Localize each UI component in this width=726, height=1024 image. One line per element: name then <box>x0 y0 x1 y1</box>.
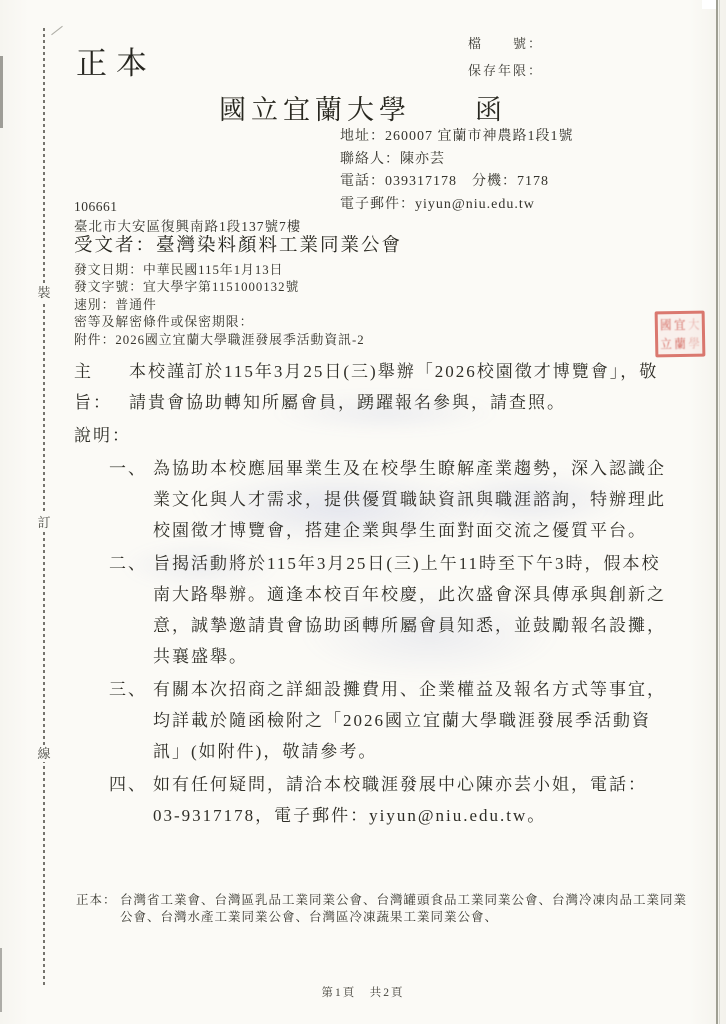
page-number: 第1頁 共2頁 <box>0 984 726 1000</box>
scan-edge-line-light <box>719 0 720 1024</box>
recipient-name-line: 受文者：臺灣染料顏料工業同業公會 <box>74 231 402 257</box>
cc-recipients-list: 台灣省工業會、台灣區乳品工業同業公會、台灣罐頭食品工業同業公會、台灣冷凍肉品工業… <box>120 892 694 926</box>
sender-phone: 電話：039317178 分機：7178 <box>340 171 574 194</box>
file-no-label: 檔 號： <box>468 34 543 61</box>
explanation-label: 說明： <box>74 420 668 451</box>
sender-address: 地址：260007 宜蘭市神農路1段1號 <box>340 126 574 149</box>
binding-mark-ding: 訂 <box>35 514 53 531</box>
cc-recipients-block: 正本： 台灣省工業會、台灣區乳品工業同業公會、台灣罐頭食品工業同業公會、台灣冷凍… <box>76 892 694 926</box>
copy-type-label: 正本 <box>76 38 156 83</box>
letter-body: 主旨： 本校謹訂於115年3月25日(三)舉辦「2026校園徵才博覽會」，敬請貴… <box>74 356 668 831</box>
item-text: 旨揭活動將於115年3月25日(三)上午11時至下午3時，假本校南大路舉辦。適逢… <box>153 548 668 672</box>
priority-level: 速別：普通件 <box>74 297 365 314</box>
pen-mark-artifact <box>51 26 63 35</box>
binding-mark-xian: 線 <box>35 745 53 762</box>
seal-glyph: 國 <box>659 315 673 335</box>
reference-number: 發文字號：宜大學字第1151000132號 <box>74 279 365 296</box>
seal-glyph: 蘭 <box>673 333 687 353</box>
item-number: 一、 <box>109 453 153 484</box>
explanation-item-3: 三、 有關本次招商之詳細設攤費用、企業權益及報名方式等事宜，均詳載於隨函檢附之「… <box>109 674 668 767</box>
cc-label: 正本： <box>76 892 120 926</box>
seal-glyph: 立 <box>659 334 673 354</box>
item-number: 三、 <box>109 674 153 705</box>
explanation-item-4: 四、 如有任何疑問，請洽本校職涯發展中心陳亦芸小姐，電話：03-9317178，… <box>109 769 668 831</box>
binding-mark-zhuang: 裝 <box>35 284 53 301</box>
item-text: 如有任何疑問，請洽本校職涯發展中心陳亦芸小姐，電話：03-9317178，電子郵… <box>153 769 668 831</box>
subject-label: 主旨： <box>74 356 129 418</box>
explanation-item-2: 二、 旨揭活動將於115年3月25日(三)上午11時至下午3時，假本校南大路舉辦… <box>109 548 668 672</box>
item-number: 四、 <box>109 769 153 800</box>
explanation-item-1: 一、 為協助本校應屆畢業生及在校學生瞭解產業趨勢，深入認識企業文化與人才需求，提… <box>109 453 668 546</box>
security-classification: 密等及解密條件或保密期限： <box>74 314 365 331</box>
recipient-postal-code: 106661 <box>74 199 118 215</box>
document-meta-block: 發文日期：中華民國115年1月13日 發文字號：宜大學字第1151000132號… <box>74 262 365 349</box>
scanned-letter-page: 裝 訂 線 正本 檔 號： 保存年限： 國立宜蘭大學 函 地址：260007 宜… <box>0 0 726 1024</box>
item-number: 二、 <box>109 548 153 579</box>
document-title: 國立宜蘭大學 函 <box>0 88 726 127</box>
seal-glyph: 學 <box>687 333 701 353</box>
attachment-line: 附件：2026國立宜蘭大學職涯發展季活動資訊-2 <box>74 332 365 349</box>
sender-contact-person: 聯絡人：陳亦芸 <box>340 149 574 172</box>
official-seal-stamp: 國 宜 大 立 蘭 學 <box>655 311 706 358</box>
scan-edge-line <box>716 0 718 1024</box>
subject-text: 本校謹訂於115年3月25日(三)舉辦「2026校園徵才博覽會」，敬請貴會協助轉… <box>129 356 668 418</box>
seal-glyph: 大 <box>687 314 701 334</box>
retention-label: 保存年限： <box>468 61 543 88</box>
item-text: 為協助本校應屆畢業生及在校學生瞭解產業趨勢，深入認識企業文化與人才需求，提供優質… <box>153 453 668 546</box>
sender-contact-block: 地址：260007 宜蘭市神農路1段1號 聯絡人：陳亦芸 電話：03931717… <box>340 126 574 216</box>
item-text: 有關本次招商之詳細設攤費用、企業權益及報名方式等事宜，均詳載於隨函檢附之「202… <box>153 674 668 767</box>
sender-email: 電子郵件：yiyun@niu.edu.tw <box>340 194 574 217</box>
subject-row: 主旨： 本校謹訂於115年3月25日(三)舉辦「2026校園徵才博覽會」，敬請貴… <box>74 356 668 418</box>
file-reference-block: 檔 號： 保存年限： <box>468 34 543 88</box>
scan-notch <box>702 0 716 9</box>
issue-date: 發文日期：中華民國115年1月13日 <box>74 262 365 279</box>
binding-dotted-line <box>43 28 45 986</box>
scan-artifact <box>0 948 2 1012</box>
seal-glyph: 宜 <box>673 314 687 334</box>
